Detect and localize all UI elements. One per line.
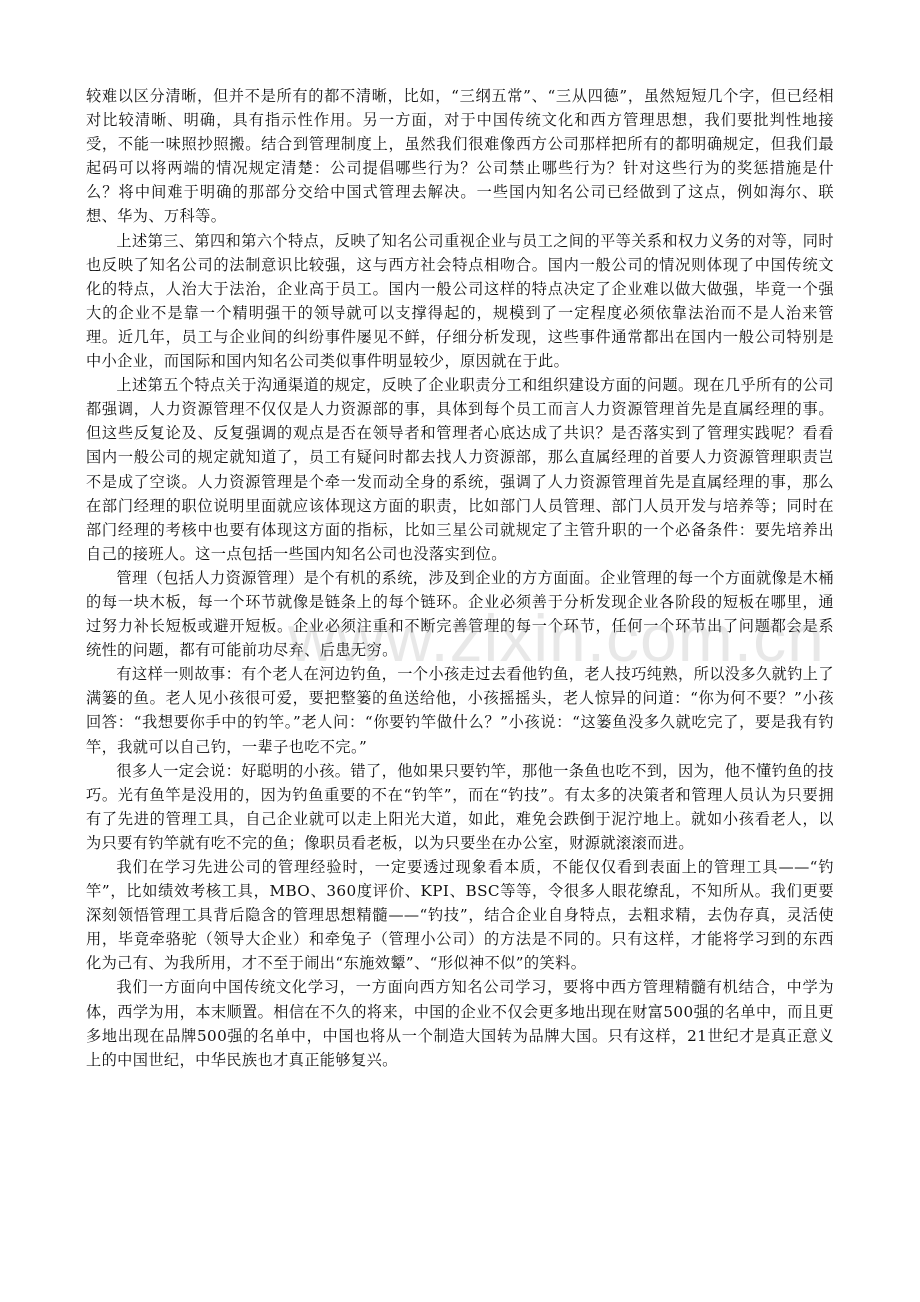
paragraph-3: 上述第五个特点关于沟通渠道的规定，反映了企业职责分工和组织建设方面的问题。现在几… xyxy=(86,373,834,566)
paragraph-8: 我们一方面向中国传统文化学习，一方面向西方知名公司学习，要将中西方管理精髓有机结… xyxy=(86,975,834,1071)
paragraph-7: 我们在学习先进公司的管理经验时，一定要透过现象看本质，不能仅仅看到表面上的管理工… xyxy=(86,855,834,975)
paragraph-5: 有这样一则故事：有个老人在河边钓鱼，一个小孩走过去看他钓鱼，老人技巧纯熟，所以没… xyxy=(86,662,834,758)
paragraph-1: 较难以区分清晰，但并不是所有的都不清晰，比如，“三纲五常”、“三从四德”，虽然短… xyxy=(86,84,834,229)
paragraph-2: 上述第三、第四和第六个特点，反映了知名公司重视企业与员工之间的平等关系和权力义务… xyxy=(86,229,834,374)
paragraph-4: 管理（包括人力资源管理）是个有机的系统，涉及到企业的方方面面。企业管理的每一个方… xyxy=(86,566,834,662)
paragraph-6: 很多人一定会说：好聪明的小孩。错了，他如果只要钓竿，那他一条鱼也吃不到，因为，他… xyxy=(86,759,834,855)
document-body: 较难以区分清晰，但并不是所有的都不清晰，比如，“三纲五常”、“三从四德”，虽然短… xyxy=(86,84,834,1072)
